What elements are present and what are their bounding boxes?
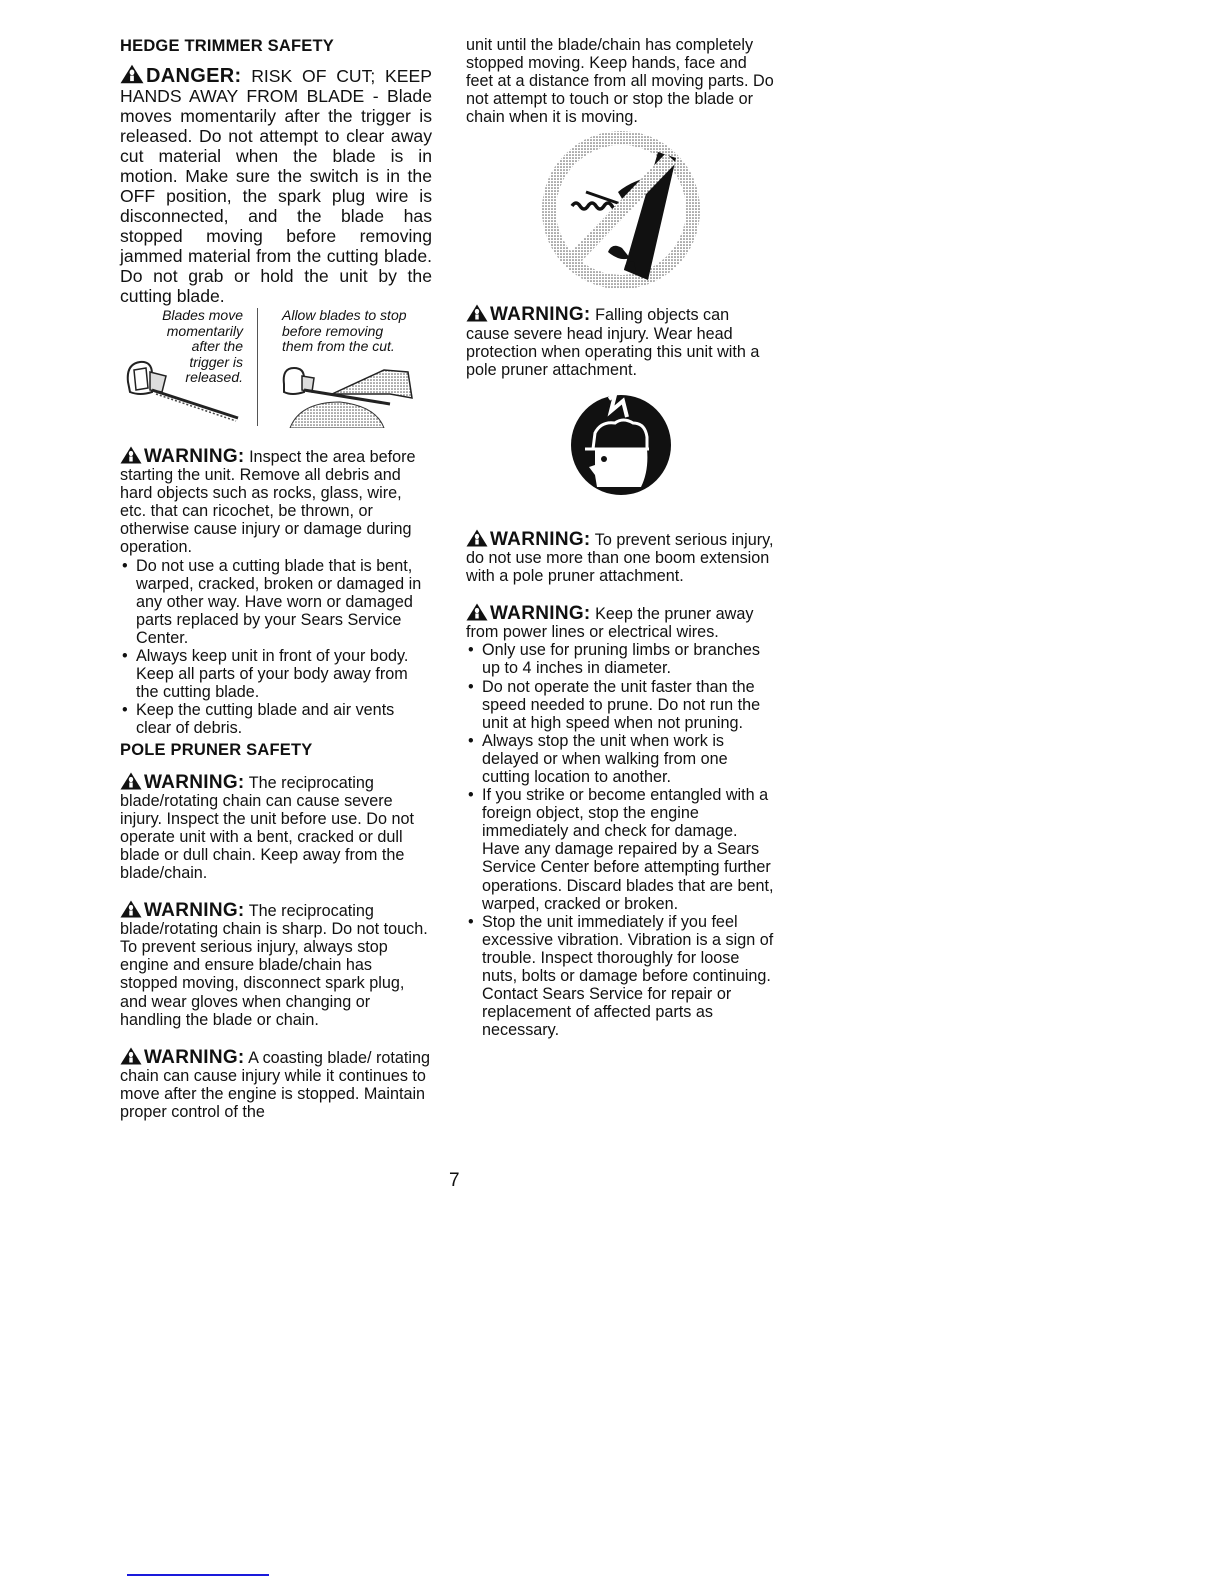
right-column: unit until the blade/chain has completel… bbox=[466, 36, 776, 1057]
warning-boom-extension: WARNING: To prevent serious injury, do n… bbox=[466, 529, 776, 585]
figure-allow-blades-stop: Allow blades to stop before removing the… bbox=[258, 308, 432, 426]
footer-rule bbox=[127, 1574, 269, 1576]
no-hands-near-blade-icon bbox=[536, 130, 706, 290]
figure-blades-move: Blades move momentarily after the trigge… bbox=[120, 308, 258, 426]
continued-text: unit until the blade/chain has completel… bbox=[466, 36, 776, 126]
warning-label: WARNING: bbox=[144, 446, 245, 467]
list-item: Always keep unit in front of your body. … bbox=[120, 647, 432, 701]
section-title-hedge-trimmer: HEDGE TRIMMER SAFETY bbox=[120, 36, 432, 56]
warning-label: WARNING: bbox=[144, 772, 245, 793]
list-item: Stop the unit immediately if you feel ex… bbox=[466, 913, 776, 1040]
hedge-trimmer-cutting-icon bbox=[280, 358, 420, 428]
warning-power-lines: WARNING: Keep the pruner away from power… bbox=[466, 603, 776, 1039]
alert-triangle-icon bbox=[120, 446, 142, 464]
warning-label: WARNING: bbox=[144, 900, 245, 921]
no-hands-near-blade-pictogram bbox=[466, 130, 776, 290]
page-number: 7 bbox=[449, 1170, 460, 1192]
section-title-pole-pruner: POLE PRUNER SAFETY bbox=[120, 740, 432, 760]
list-item: Keep the cutting blade and air vents cle… bbox=[120, 701, 432, 737]
danger-label: DANGER: bbox=[146, 65, 241, 87]
warning-label: WARNING: bbox=[144, 1047, 245, 1068]
list-item: Always stop the unit when work is delaye… bbox=[466, 732, 776, 786]
alert-triangle-icon bbox=[466, 529, 488, 547]
danger-text: RISK OF CUT; KEEP HANDS AWAY FROM BLADE … bbox=[120, 66, 432, 306]
hedge-trimmer-figures: Blades move momentarily after the trigge… bbox=[120, 308, 432, 426]
list-item: Do not use a cutting blade that is bent,… bbox=[120, 557, 432, 647]
warning-inspect-text: WARNING: Inspect the area before startin… bbox=[120, 446, 432, 557]
alert-triangle-icon bbox=[466, 304, 488, 322]
warning-label: WARNING: bbox=[490, 603, 591, 624]
alert-triangle-icon bbox=[120, 772, 142, 790]
alert-triangle-icon bbox=[466, 603, 488, 621]
caption-allow-blades-stop: Allow blades to stop before removing the… bbox=[282, 308, 432, 355]
warning-label: WARNING: bbox=[490, 304, 591, 325]
inspect-bullet-list: Do not use a cutting blade that is bent,… bbox=[120, 557, 432, 738]
pruner-bullet-list: Only use for pruning limbs or branches u… bbox=[466, 641, 776, 1039]
warning-reciprocating-sharp: WARNING: The reciprocating blade/rotatin… bbox=[120, 900, 432, 1029]
left-column: HEDGE TRIMMER SAFETY DANGER: RISK OF CUT… bbox=[120, 36, 432, 1139]
warning-coasting-blade: WARNING: A coasting blade/ rotating chai… bbox=[120, 1047, 432, 1121]
hedge-trimmer-icon bbox=[122, 352, 244, 424]
alert-triangle-icon bbox=[120, 64, 144, 84]
list-item: If you strike or become entangled with a… bbox=[466, 786, 776, 913]
warning-falling-objects: WARNING: Falling objects can cause sever… bbox=[466, 304, 776, 378]
head-protection-pictogram bbox=[466, 387, 776, 499]
list-item: Only use for pruning limbs or branches u… bbox=[466, 641, 776, 677]
head-protection-icon bbox=[571, 387, 671, 499]
alert-triangle-icon bbox=[120, 900, 142, 918]
alert-triangle-icon bbox=[120, 1047, 142, 1065]
danger-notice: DANGER: RISK OF CUT; KEEP HANDS AWAY FRO… bbox=[120, 64, 432, 306]
list-item: Do not operate the unit faster than the … bbox=[466, 678, 776, 732]
warning-inspect-area: WARNING: Inspect the area before startin… bbox=[120, 446, 432, 738]
warning-reciprocating-injury: WARNING: The reciprocating blade/rotatin… bbox=[120, 772, 432, 883]
warning-label: WARNING: bbox=[490, 529, 591, 550]
